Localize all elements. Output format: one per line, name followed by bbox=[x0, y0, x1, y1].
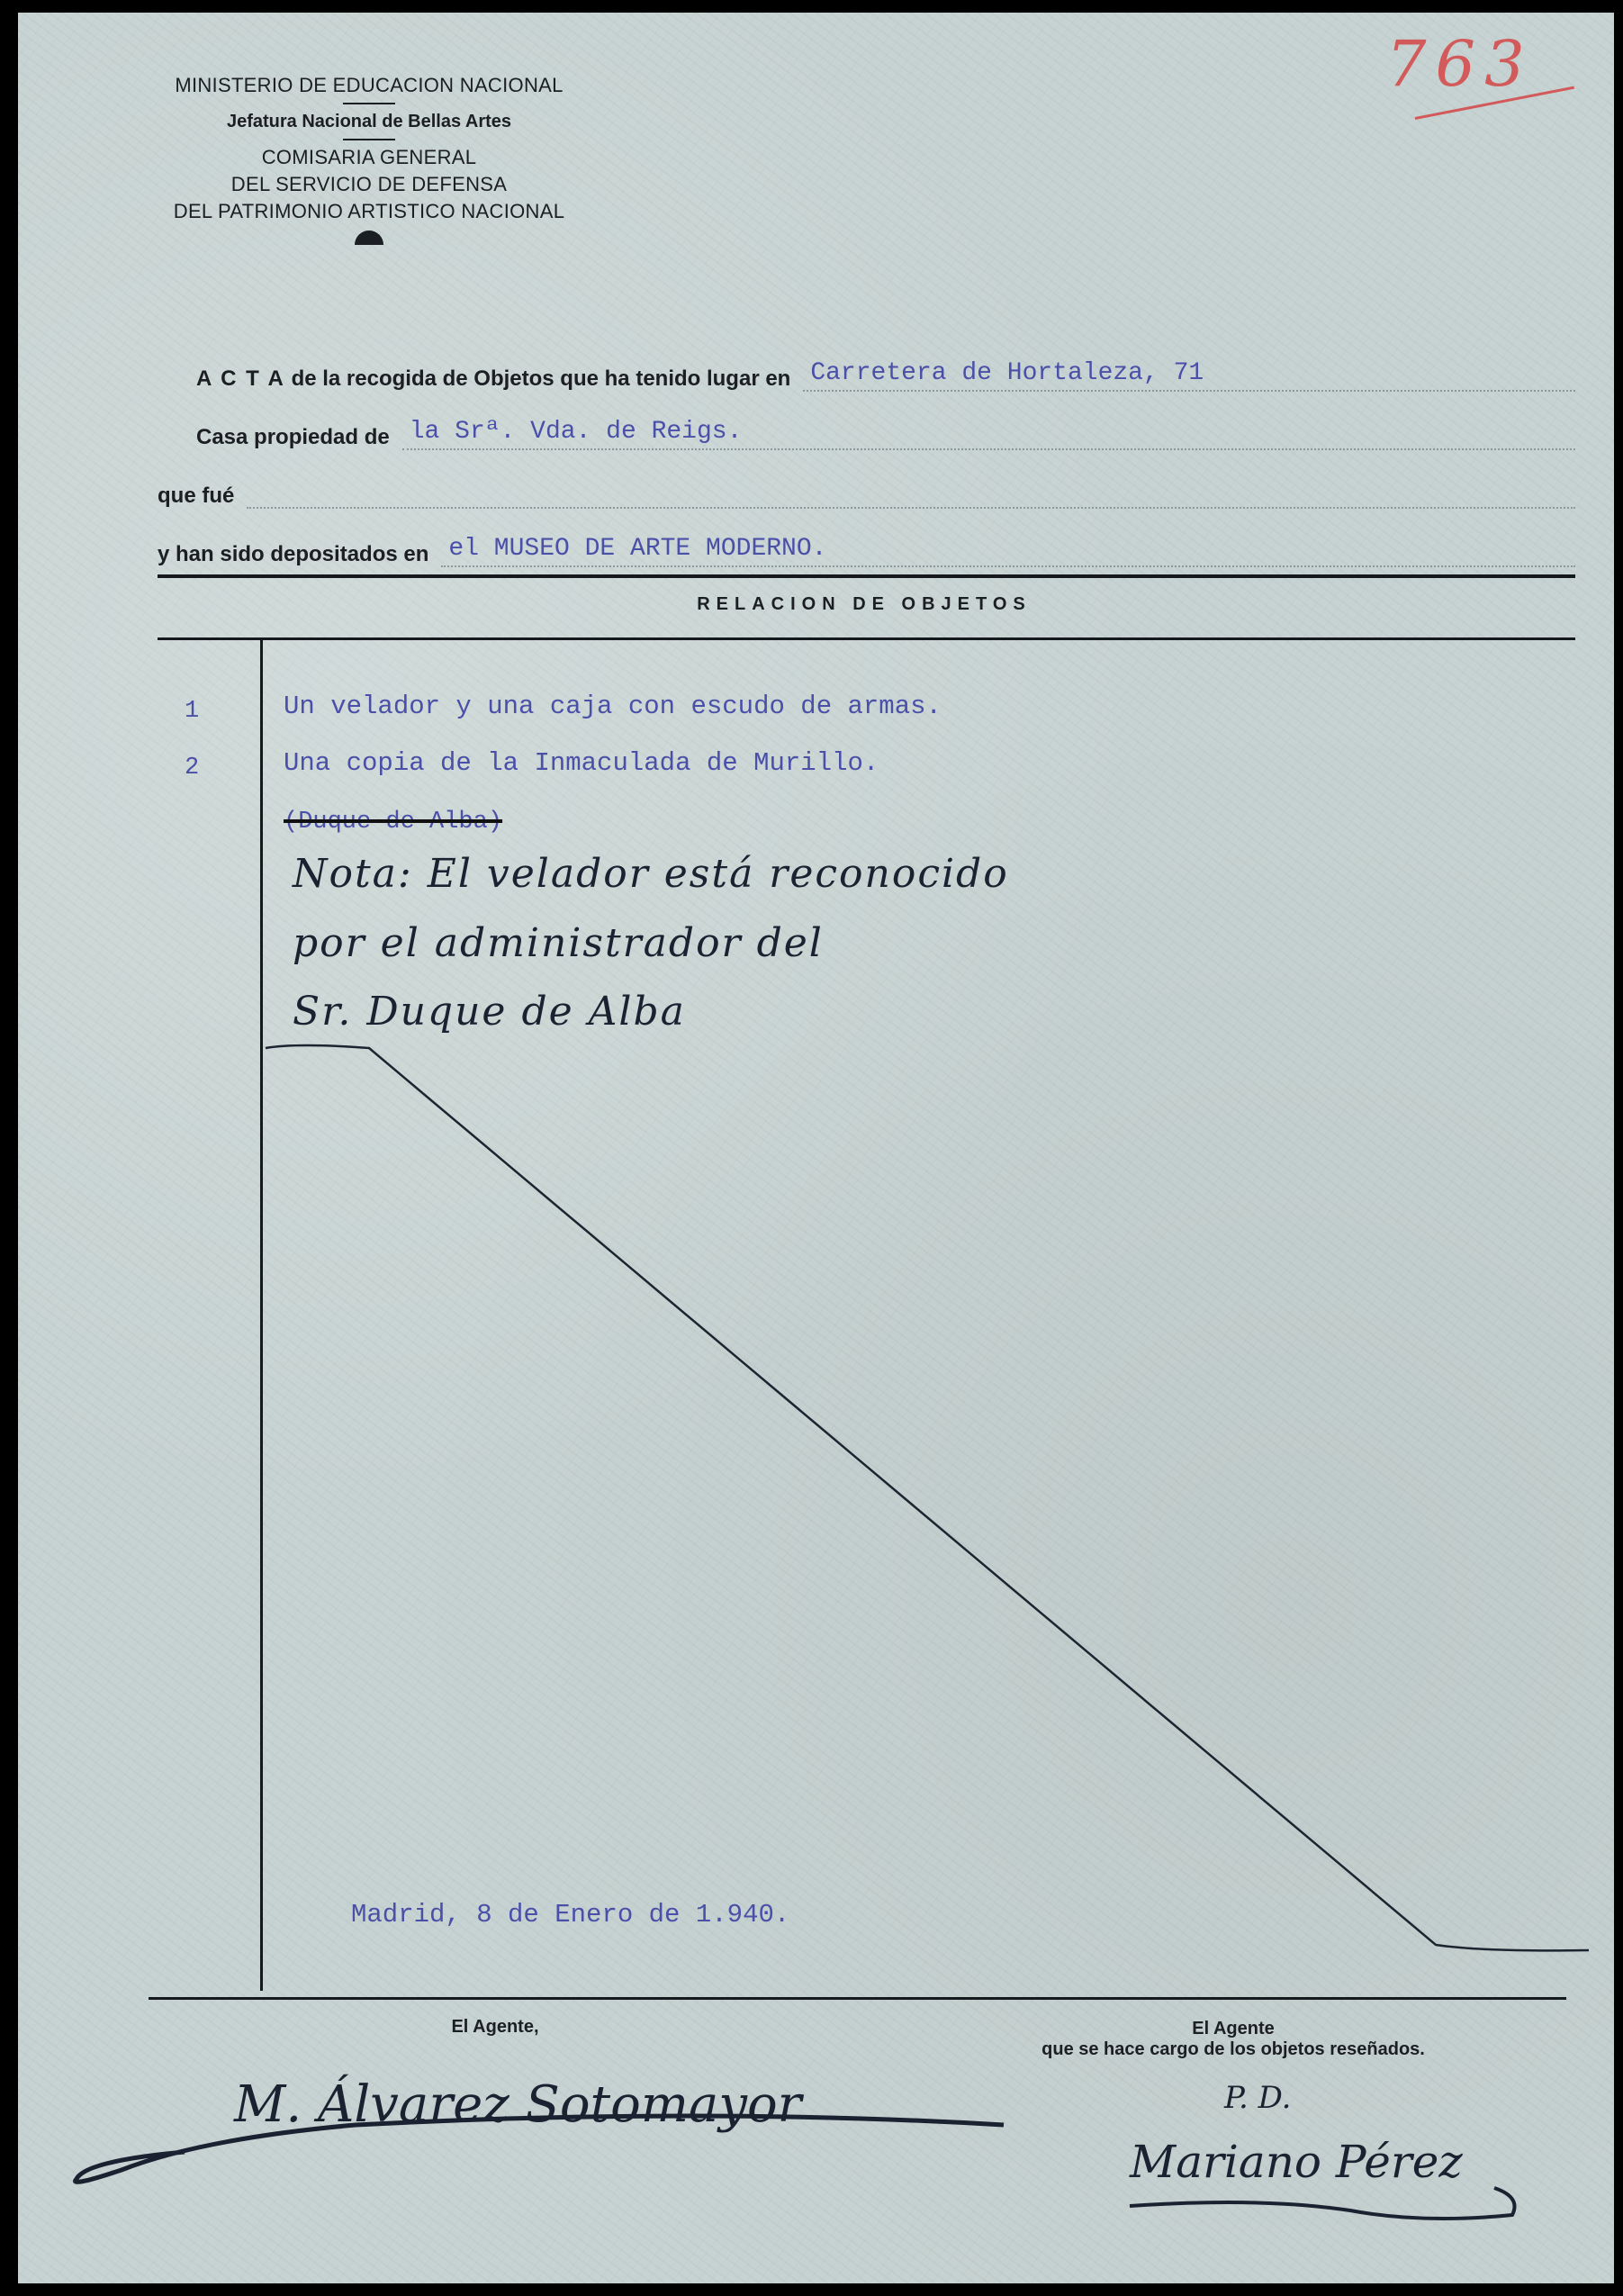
acta-field-row: A C T A de la recogida de Objetos que ha… bbox=[196, 356, 1575, 392]
section-top-rule bbox=[158, 574, 1575, 578]
que-fue-label: que fué bbox=[158, 484, 247, 509]
que-fue-field[interactable] bbox=[247, 476, 1575, 509]
patrimonio-line: DEL PATRIMONIO ARTISTICO NACIONAL bbox=[153, 198, 585, 225]
casa-owner-field[interactable]: la Srª. Vda. de Reigs. bbox=[402, 418, 1575, 450]
acta-label: A C T A de la recogida de Objetos que ha… bbox=[196, 366, 803, 392]
left-agent-label: El Agente, bbox=[396, 2017, 594, 2038]
item-number-2: 2 bbox=[185, 755, 199, 782]
casa-label: Casa propiedad de bbox=[196, 425, 402, 450]
handwritten-note-line-2: por el administrador del bbox=[293, 920, 824, 966]
right-signature-flourish bbox=[1125, 2179, 1521, 2251]
handwritten-note-line-1: Nota: El velador está reconocido bbox=[293, 851, 1009, 897]
struck-annotation: (Duque de Alba) bbox=[284, 809, 502, 836]
letterhead-divider bbox=[343, 139, 395, 140]
half-circle-emblem-icon bbox=[355, 231, 383, 245]
relacion-title: RELACION DE OBJETOS bbox=[153, 594, 1575, 615]
casa-field-row: Casa propiedad de la Srª. Vda. de Reigs. bbox=[196, 414, 1575, 450]
acta-label-text: de la recogida de Objetos que ha tenido … bbox=[292, 366, 791, 391]
letterhead-divider bbox=[343, 103, 395, 104]
right-agent-label: El Agente que se hace cargo de los objet… bbox=[1017, 2019, 1449, 2060]
cancellation-diagonal-line bbox=[261, 1035, 1611, 1963]
depositados-field[interactable]: el MUSEO DE ARTE MODERNO. bbox=[441, 535, 1575, 567]
jefatura-name: Jefatura Nacional de Bellas Artes bbox=[153, 108, 585, 135]
place-date: Madrid, 8 de Enero de 1.940. bbox=[351, 1900, 789, 1930]
comisaria-line: COMISARIA GENERAL bbox=[153, 144, 585, 171]
section-bottom-rule bbox=[158, 637, 1575, 640]
servicio-line: DEL SERVICIO DE DEFENSA bbox=[153, 171, 585, 198]
handwritten-note-line-3: Sr. Duque de Alba bbox=[293, 989, 686, 1035]
item-text-2: Una copia de la Inmaculada de Murillo. bbox=[284, 748, 879, 778]
depositados-label: y han sido depositados en bbox=[158, 542, 441, 567]
folio-number: 763 bbox=[1386, 27, 1534, 101]
depositados-field-row: y han sido depositados en el MUSEO DE AR… bbox=[158, 531, 1575, 567]
right-agent-subtitle: que se hace cargo de los objetos reseñad… bbox=[1017, 2039, 1449, 2060]
item-text-1: Un velador y una caja con escudo de arma… bbox=[284, 692, 942, 721]
right-agent-title: El Agente bbox=[1017, 2019, 1449, 2039]
acta-prefix: A C T A bbox=[196, 366, 285, 391]
letterhead: MINISTERIO DE EDUCACION NACIONAL Jefatur… bbox=[153, 72, 585, 245]
que-fue-field-row: que fué bbox=[158, 473, 1575, 509]
ministry-name: MINISTERIO DE EDUCACION NACIONAL bbox=[153, 72, 585, 99]
acta-location-field[interactable]: Carretera de Hortaleza, 71 bbox=[803, 359, 1575, 392]
left-signature-flourish bbox=[68, 2098, 1058, 2188]
right-signature-prefix: P. D. bbox=[1224, 2080, 1291, 2116]
item-number-1: 1 bbox=[185, 698, 199, 725]
signature-rule bbox=[149, 1997, 1566, 2000]
